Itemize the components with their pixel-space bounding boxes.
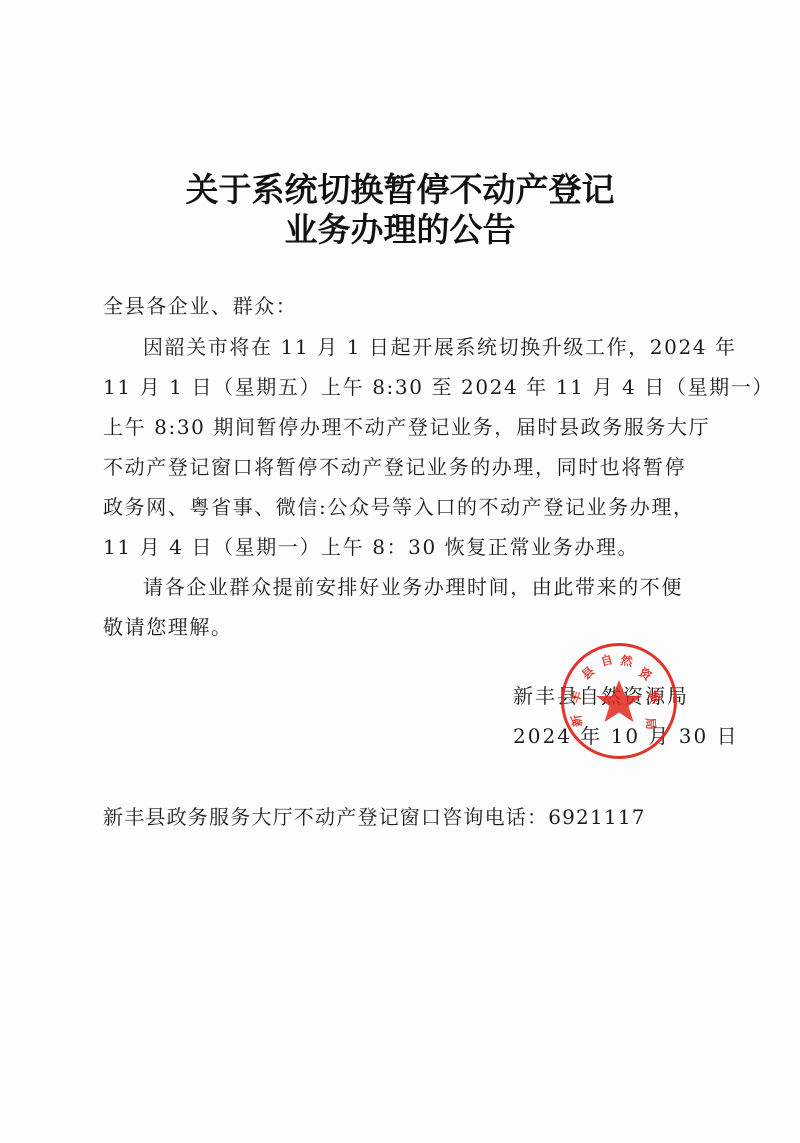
- signature-organization: 新丰县自然资源局: [513, 682, 689, 710]
- svg-text:资: 资: [636, 664, 655, 684]
- svg-text:自: 自: [599, 651, 614, 669]
- paragraph-2-line-1: 请各企业群众提前安排好业务办理时间，由此带来的不便: [143, 573, 683, 601]
- paragraph-1-line-5: 政务网、粤省事、微信:公众号等入口的不动产登记业务办理，: [103, 493, 695, 521]
- svg-text:然: 然: [619, 652, 634, 669]
- paragraph-1-line-1: 因韶关市将在 11 月 1 日起开展系统切换升级工作，2024 年: [143, 333, 737, 361]
- paragraph-1-line-6: 11 月 4 日（星期一）上午 8：30 恢复正常业务办理。: [103, 533, 639, 561]
- contact-phone-line: 新丰县政务服务大厅不动产登记窗口咨询电话：6921117: [103, 803, 646, 831]
- salutation: 全县各企业、群众：: [103, 292, 297, 320]
- paragraph-1-line-2: 11 月 1 日（星期五）上午 8:30 至 2024 年 11 月 4 日（星…: [103, 373, 774, 401]
- document-title-line-2: 业务办理的公告: [0, 208, 800, 252]
- paragraph-2-line-2: 敬请您理解。: [103, 613, 233, 641]
- svg-text:县: 县: [579, 664, 597, 682]
- signature-date: 2024 年 10 月 30 日: [513, 722, 739, 750]
- paragraph-1-line-3: 上午 8:30 期间暂停办理不动产登记业务，届时县政务服务大厅: [103, 413, 710, 441]
- document-title-line-1: 关于系统切换暂停不动产登记: [0, 168, 800, 212]
- paragraph-1-line-4: 不动产登记窗口将暂停不动产登记业务的办理，同时也将暂停: [103, 453, 686, 481]
- document-page: 关于系统切换暂停不动产登记 业务办理的公告 全县各企业、群众： 因韶关市将在 1…: [0, 0, 800, 1143]
